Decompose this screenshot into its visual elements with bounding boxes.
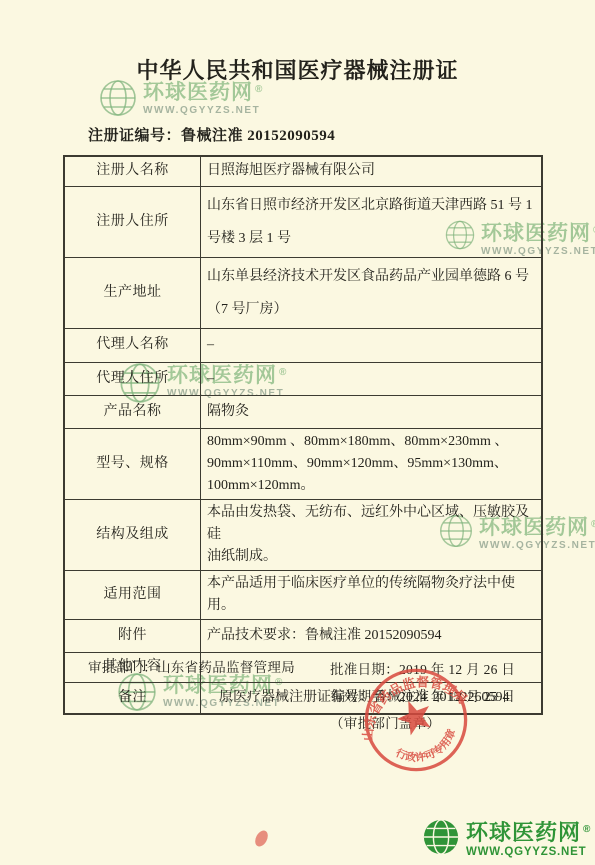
table-row: 代理人名称– — [64, 328, 542, 362]
row-value: 本品由发热袋、无纺布、远红外中心区域、压敏胶及硅 油纸制成。 — [201, 499, 543, 570]
certificate-page: 环球医药网® WWW.QGYYZS.NET 环球医药网® WWW.QGYYZS.… — [0, 0, 595, 865]
table-row: 结构及组成本品由发热袋、无纺布、远红外中心区域、压敏胶及硅 油纸制成。 — [64, 499, 542, 570]
certificate-table: 注册人名称日照海旭医疗器械有限公司 注册人住所山东省日照市经济开发区北京路街道天… — [63, 155, 543, 715]
star-icon — [392, 694, 436, 737]
registered-mark: ® — [255, 84, 263, 95]
table-row: 生产地址山东单县经济技术开发区食品药品产业园单德路 6 号 （7 号厂房） — [64, 257, 542, 328]
row-label: 适用范围 — [64, 570, 201, 619]
table-row: 产品名称隔物灸 — [64, 395, 542, 428]
row-label: 产品名称 — [64, 395, 201, 428]
row-label: 附件 — [64, 619, 201, 652]
red-ink-smudge — [253, 828, 271, 848]
row-label: 型号、规格 — [64, 428, 201, 499]
row-value: 山东省日照市经济开发区北京路街道天津西路 51 号 1 号楼 3 层 1 号 — [201, 186, 543, 257]
brand-url: WWW.QGYYZS.NET — [466, 845, 591, 860]
approval-department: 审批部门：山东省药品监督管理局 — [88, 656, 295, 676]
table-row: 注册人名称日照海旭医疗器械有限公司 — [64, 156, 542, 186]
registration-number-label: 注册证编号： — [88, 128, 181, 144]
registration-number-line: 注册证编号：鲁械注准 20152090594 — [88, 124, 335, 145]
row-label: 注册人住所 — [64, 186, 201, 257]
row-value: 本产品适用于临床医疗单位的传统隔物灸疗法中使用。 — [201, 570, 543, 619]
brand-logo: 环球医药网® WWW.QGYYZS.NET — [422, 818, 591, 860]
registered-mark: ® — [583, 824, 591, 835]
row-value: 山东单县经济技术开发区食品药品产业园单德路 6 号 （7 号厂房） — [201, 257, 543, 328]
row-value: 产品技术要求：鲁械注准 20152090594 — [201, 619, 543, 652]
row-value: 隔物灸 — [201, 395, 543, 428]
watermark-url: WWW.QGYYZS.NET — [143, 104, 263, 117]
row-label: 代理人名称 — [64, 328, 201, 362]
brand-name: 环球医药网® — [466, 818, 591, 845]
row-label: 生产地址 — [64, 257, 201, 328]
globe-icon — [422, 818, 460, 856]
row-value: 80mm×90mm 、80mm×180mm、80mm×230mm 、 90mm×… — [201, 428, 543, 499]
row-label: 结构及组成 — [64, 499, 201, 570]
row-label: 代理人住所 — [64, 362, 201, 395]
row-value: – — [201, 362, 543, 395]
row-value: – — [201, 328, 543, 362]
registered-mark: ® — [591, 519, 595, 530]
row-label: 备注 — [64, 682, 201, 714]
table-row: 代理人住所– — [64, 362, 542, 395]
table-row: 附件产品技术要求：鲁械注准 20152090594 — [64, 619, 542, 652]
row-value: 日照海旭医疗器械有限公司 — [201, 156, 543, 186]
table-row: 注册人住所山东省日照市经济开发区北京路街道天津西路 51 号 1 号楼 3 层 … — [64, 186, 542, 257]
table-row: 适用范围本产品适用于临床医疗单位的传统隔物灸疗法中使用。 — [64, 570, 542, 619]
row-label: 注册人名称 — [64, 156, 201, 186]
page-title: 中华人民共和国医疗器械注册证 — [0, 54, 595, 85]
registration-number-value: 鲁械注准 20152090594 — [181, 128, 335, 144]
table-row: 型号、规格80mm×90mm 、80mm×180mm、80mm×230mm 、 … — [64, 428, 542, 499]
